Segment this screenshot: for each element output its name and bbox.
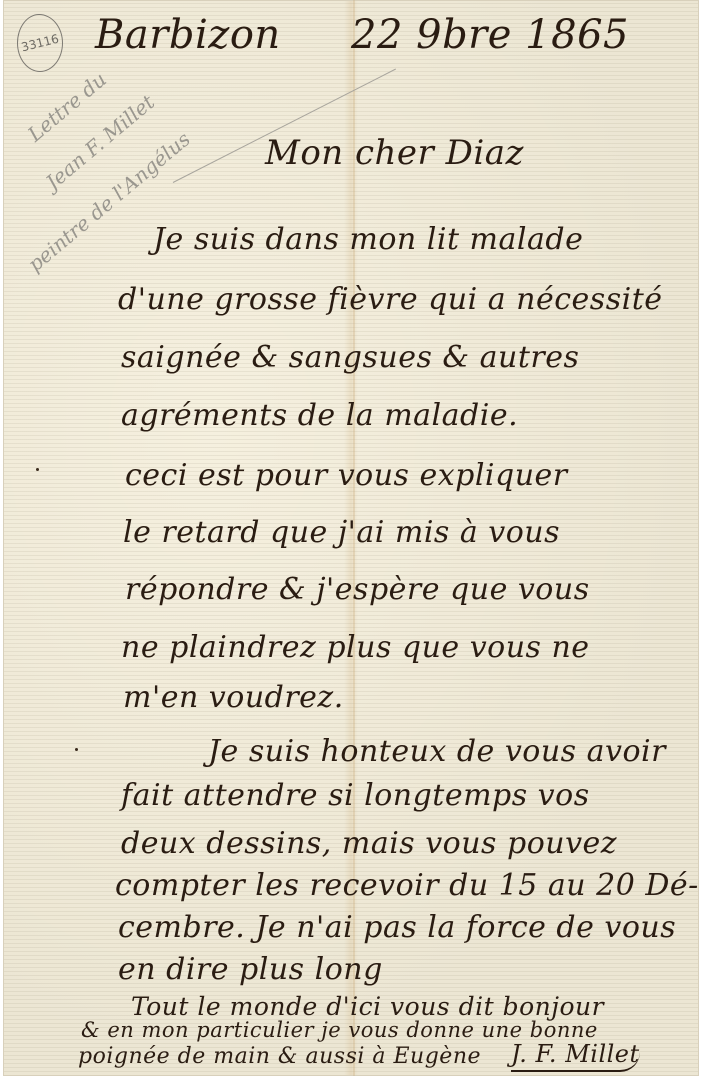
letter-place: Barbizon bbox=[95, 12, 281, 58]
body-line: saignée & sangsues & autres bbox=[121, 340, 579, 375]
letter-page: 33116 Barbizon 22 9bre 1865 Lettre du Je… bbox=[3, 0, 699, 1076]
ink-spot bbox=[75, 748, 78, 751]
body-line: agréments de la maladie. bbox=[121, 398, 518, 433]
body-line: en dire plus long bbox=[118, 952, 383, 987]
signature: J. F. Millet bbox=[511, 1040, 640, 1072]
body-line: fait attendre si longtemps vos bbox=[121, 778, 590, 813]
body-line: Je suis honteux de vous avoir bbox=[208, 734, 666, 769]
body-line: compter les recevoir du 15 au 20 Dé- bbox=[115, 868, 699, 903]
body-line: & en mon particulier je vous donne une b… bbox=[81, 1018, 598, 1042]
body-line: ceci est pour vous expliquer bbox=[125, 458, 568, 493]
body-line: poignée de main & aussi à Eugène bbox=[78, 1044, 481, 1069]
body-line: répondre & j'espère que vous bbox=[125, 572, 590, 607]
body-line: le retard que j'ai mis à vous bbox=[123, 515, 560, 550]
body-line: cembre. Je n'ai pas la force de vous bbox=[118, 910, 676, 945]
body-line: Tout le monde d'ici vous dit bonjour bbox=[131, 992, 604, 1021]
salutation: Mon cher Diaz bbox=[265, 133, 524, 173]
letter-date: 22 9bre 1865 bbox=[351, 12, 629, 58]
ink-spot bbox=[36, 468, 39, 471]
body-line: ne plaindrez plus que vous ne bbox=[121, 630, 590, 665]
body-line: deux dessins, mais vous pouvez bbox=[121, 826, 617, 861]
catalog-number-stamp: 33116 bbox=[17, 14, 63, 72]
body-line: m'en voudrez. bbox=[123, 680, 344, 715]
catalog-number: 33116 bbox=[20, 32, 60, 55]
body-line: Je suis dans mon lit malade bbox=[153, 222, 583, 257]
body-line: d'une grosse fièvre qui a nécessité bbox=[118, 282, 663, 317]
